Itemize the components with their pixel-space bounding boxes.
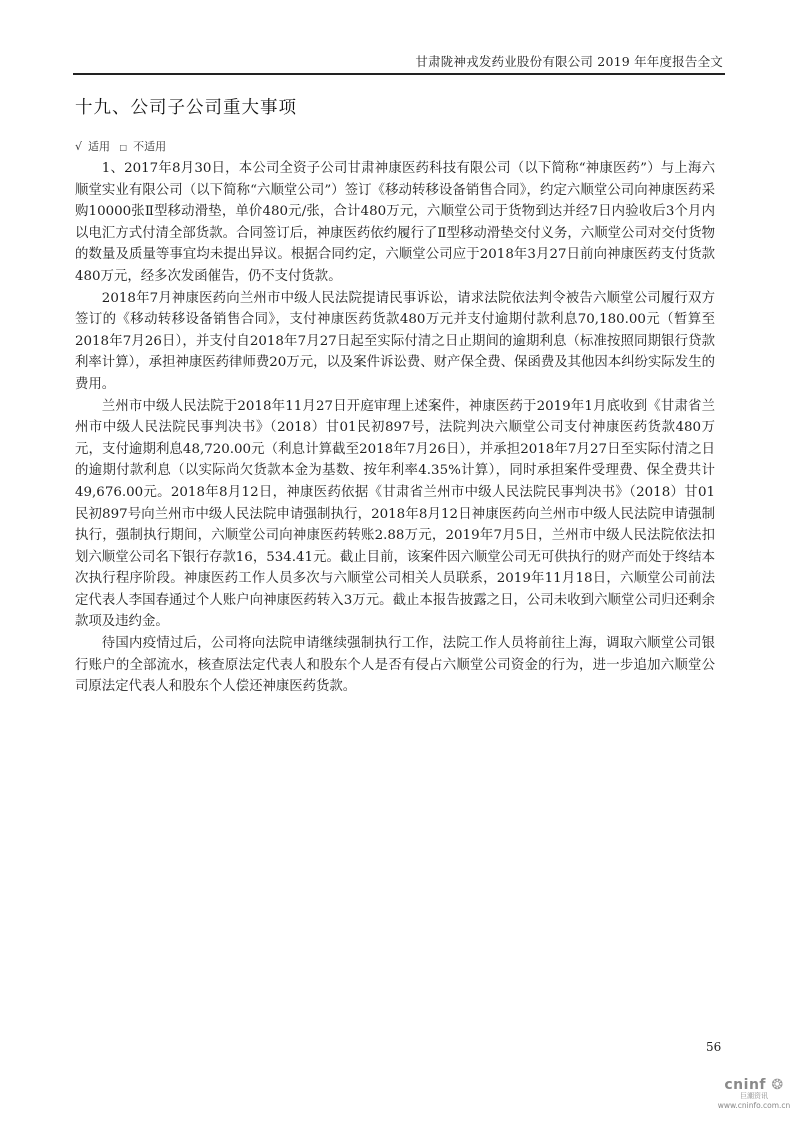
logo-url: www.cninfo.com.cn bbox=[715, 1101, 793, 1110]
paragraph-judgment: 兰州市中级人民法院于2018年11月27日开庭审理上述案件，神康医药于2019年… bbox=[75, 396, 715, 634]
paragraph-lawsuit: 2018年7月神康医药向兰州市中级人民法院提请民事诉讼，请求法院依法判令被告六顺… bbox=[75, 288, 715, 396]
checkmark-icon: √ bbox=[75, 140, 82, 153]
not-applicable-label: 不适用 bbox=[133, 140, 166, 153]
header-divider bbox=[73, 73, 725, 75]
paragraph-next-steps: 待国内疫情过后，公司将向法院申请继续强制执行工作，法院工作人员将前往上海，调取六… bbox=[75, 633, 715, 698]
section-title: 十九、公司子公司重大事项 bbox=[75, 94, 297, 119]
applicable-label: 适用 bbox=[88, 140, 110, 153]
cninfo-logo: cninf ❂ 巨潮资讯 www.cninfo.com.cn bbox=[715, 1077, 793, 1110]
empty-checkbox-icon: □ bbox=[120, 143, 128, 152]
applicable-options: √适用 □不适用 bbox=[75, 138, 172, 154]
logo-swirl-icon: ❂ bbox=[771, 1077, 783, 1093]
page-number: 56 bbox=[706, 1040, 721, 1054]
paragraph-contract: 1、2017年8月30日，本公司全资子公司甘肃神康医药科技有限公司（以下简称“神… bbox=[75, 158, 715, 288]
report-header-title: 甘肃陇神戎发药业股份有限公司 2019 年年度报告全文 bbox=[415, 52, 723, 70]
section-body: 1、2017年8月30日，本公司全资子公司甘肃神康医药科技有限公司（以下简称“神… bbox=[75, 158, 715, 698]
